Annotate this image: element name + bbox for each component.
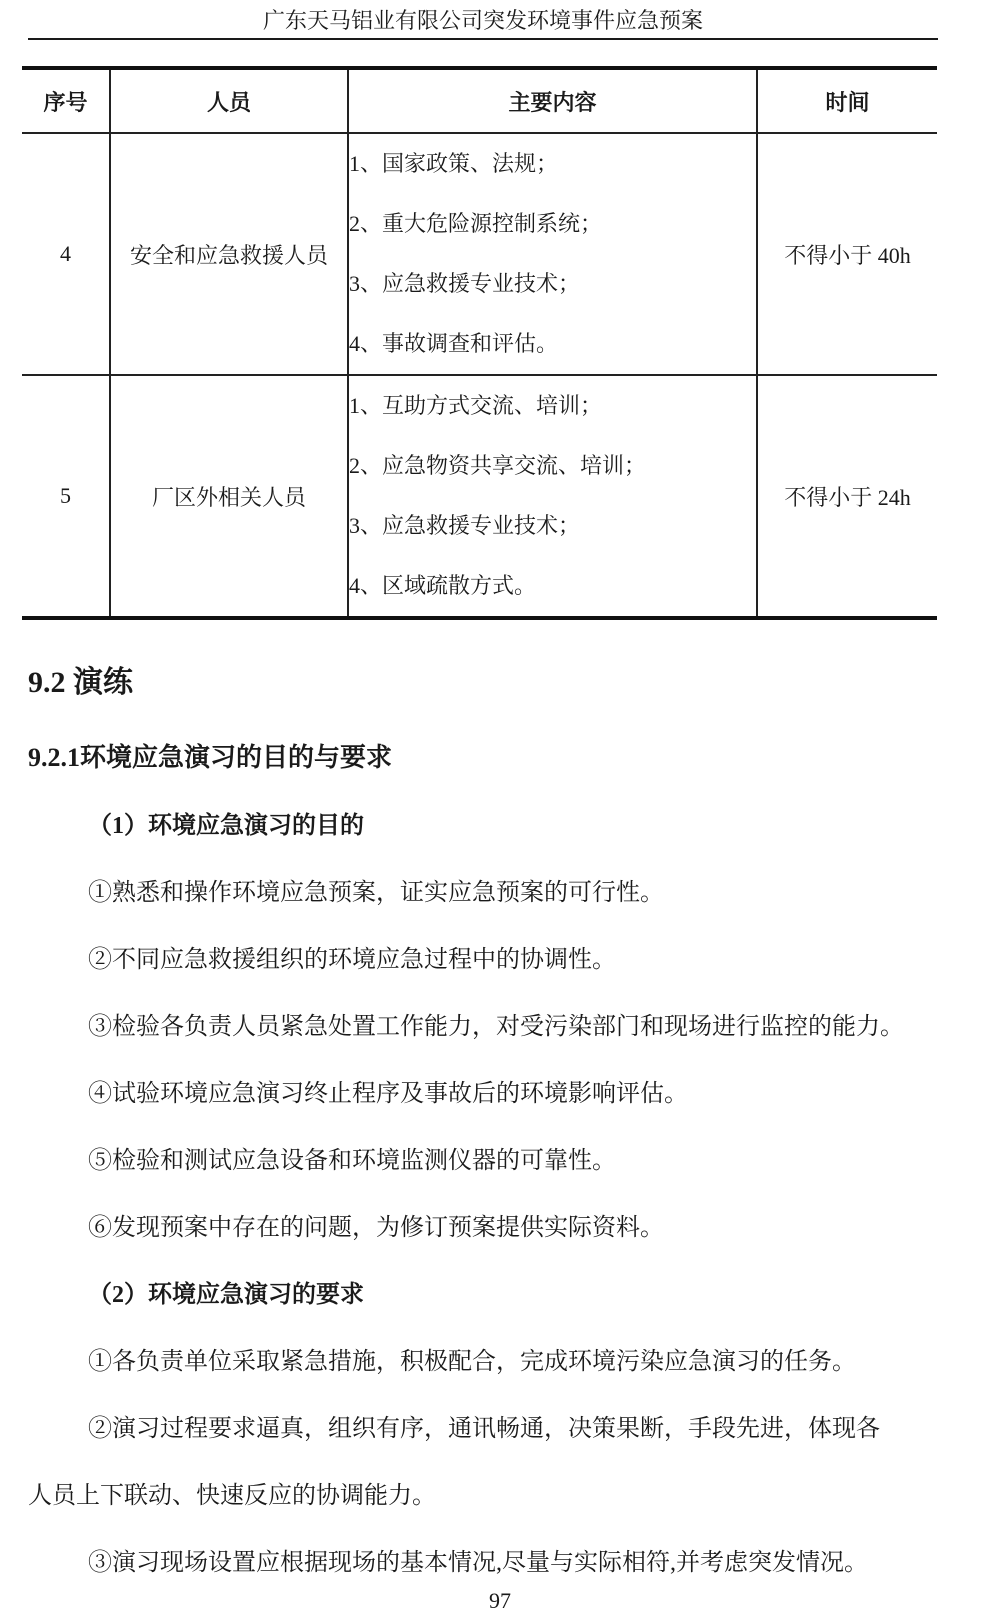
time-cell: 不得小于 40h bbox=[757, 133, 937, 375]
table-header-row: 序号 人员 主要内容 时间 bbox=[22, 68, 937, 133]
time-cell: 不得小于 24h bbox=[757, 375, 937, 618]
content-item: 4、区域疏散方式。 bbox=[349, 556, 756, 616]
table-row: 4 安全和应急救援人员 1、国家政策、法规； 2、重大危险源控制系统； 3、应急… bbox=[22, 133, 937, 375]
table-header-no: 序号 bbox=[22, 68, 110, 133]
purpose-item: ①熟悉和操作环境应急预案，证实应急预案的可行性。 bbox=[28, 878, 964, 908]
row-number: 4 bbox=[22, 133, 110, 375]
purpose-item: ⑤检验和测试应急设备和环境监测仪器的可靠性。 bbox=[28, 1146, 964, 1176]
document-page: 广东天马铝业有限公司突发环境事件应急预案 序号 人员 主要内容 时间 4 安全和… bbox=[0, 0, 1000, 1622]
purpose-item: ④试验环境应急演习终止程序及事故后的环境影响评估。 bbox=[28, 1079, 964, 1109]
content-cell: 1、互助方式交流、培训； 2、应急物资共享交流、培训； 3、应急救援专业技术； … bbox=[348, 375, 757, 618]
purpose-item: ⑥发现预案中存在的问题，为修订预案提供实际资料。 bbox=[28, 1213, 964, 1243]
table-header-time: 时间 bbox=[757, 68, 937, 133]
content-cell: 1、国家政策、法规； 2、重大危险源控制系统； 3、应急救援专业技术； 4、事故… bbox=[348, 133, 757, 375]
content-item: 1、国家政策、法规； bbox=[349, 134, 756, 194]
purpose-item: ③检验各负责人员紧急处置工作能力，对受污染部门和现场进行监控的能力。 bbox=[28, 1012, 964, 1042]
page-number: 97 bbox=[0, 1588, 1000, 1614]
row-number: 5 bbox=[22, 375, 110, 618]
requirement-line: ②演习过程要求逼真，组织有序，通讯畅通，决策果断，手段先进，体现各 bbox=[28, 1414, 964, 1444]
content-item: 3、应急救援专业技术； bbox=[349, 254, 756, 314]
training-table: 序号 人员 主要内容 时间 4 安全和应急救援人员 1、国家政策、法规； 2、重… bbox=[22, 66, 937, 620]
requirements-heading: （2）环境应急演习的要求 bbox=[28, 1280, 964, 1310]
personnel-cell: 安全和应急救援人员 bbox=[110, 133, 348, 375]
purpose-item: ②不同应急救援组织的环境应急过程中的协调性。 bbox=[28, 945, 964, 975]
table-header-personnel: 人员 bbox=[110, 68, 348, 133]
body-text: （1）环境应急演习的目的 ①熟悉和操作环境应急预案，证实应急预案的可行性。 ②不… bbox=[28, 811, 964, 1578]
section-heading: 9.2 演练 bbox=[28, 666, 1000, 700]
content-item: 3、应急救援专业技术； bbox=[349, 496, 756, 556]
content-item: 2、重大危险源控制系统； bbox=[349, 194, 756, 254]
content-item: 4、事故调查和评估。 bbox=[349, 314, 756, 374]
requirement-line-continuation: 人员上下联动、快速反应的协调能力。 bbox=[28, 1481, 964, 1511]
page-header-title: 广东天马铝业有限公司突发环境事件应急预案 bbox=[28, 8, 938, 40]
table-row: 5 厂区外相关人员 1、互助方式交流、培训； 2、应急物资共享交流、培训； 3、… bbox=[22, 375, 937, 618]
table-header-content: 主要内容 bbox=[348, 68, 757, 133]
content-item: 2、应急物资共享交流、培训； bbox=[349, 436, 756, 496]
requirement-line: ①各负责单位采取紧急措施，积极配合，完成环境污染应急演习的任务。 bbox=[28, 1347, 964, 1377]
purpose-heading: （1）环境应急演习的目的 bbox=[28, 811, 964, 841]
requirement-line: ③演习现场设置应根据现场的基本情况,尽量与实际相符,并考虑突发情况。 bbox=[28, 1548, 964, 1578]
personnel-cell: 厂区外相关人员 bbox=[110, 375, 348, 618]
content-item: 1、互助方式交流、培训； bbox=[349, 376, 756, 436]
subsection-heading: 9.2.1环境应急演习的目的与要求 bbox=[28, 742, 1000, 774]
